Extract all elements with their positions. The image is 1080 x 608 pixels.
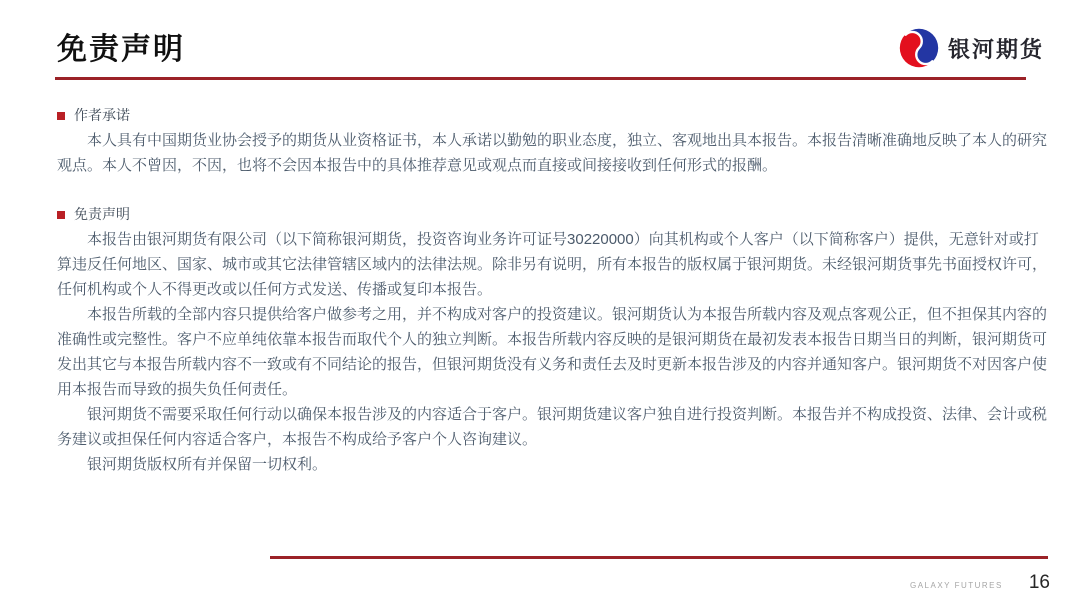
- section-author-commitment: 作者承诺 本人具有中国期货业协会授予的期货从业资格证书，本人承诺以勤勉的职业态度…: [57, 103, 1052, 178]
- page-number: 16: [1029, 572, 1050, 594]
- section-heading-label: 作者承诺: [74, 103, 130, 128]
- section-heading-label: 免责声明: [74, 202, 130, 227]
- paragraph-suitability: 银河期货不需要采取任何行动以确保本报告涉及的内容适合于客户。银河期货建议客户独自…: [57, 402, 1052, 452]
- footer-brand-text: GALAXY FUTURES: [910, 581, 1003, 590]
- disclaimer-content: 作者承诺 本人具有中国期货业协会授予的期货从业资格证书，本人承诺以勤勉的职业态度…: [57, 103, 1052, 477]
- title-divider: [55, 77, 1026, 80]
- square-bullet-icon: [57, 211, 65, 219]
- galaxy-swirl-icon: [899, 28, 939, 68]
- paragraph-author-commitment: 本人具有中国期货业协会授予的期货从业资格证书，本人承诺以勤勉的职业态度，独立、客…: [57, 128, 1052, 178]
- paragraph-copyright: 银河期货版权所有并保留一切权利。: [57, 452, 1052, 477]
- footer-divider: [270, 556, 1048, 559]
- page-title: 免责声明: [57, 24, 185, 68]
- paragraph-reference-only: 本报告所载的全部内容只提供给客户做参考之用，并不构成对客户的投资建议。银河期货认…: [57, 302, 1052, 402]
- section-heading: 作者承诺: [57, 103, 1052, 128]
- square-bullet-icon: [57, 112, 65, 120]
- paragraph-provision: 本报告由银河期货有限公司（以下简称银河期货，投资咨询业务许可证号30220000…: [57, 227, 1052, 302]
- section-disclaimer: 免责声明 本报告由银河期货有限公司（以下简称银河期货，投资咨询业务许可证号302…: [57, 202, 1052, 477]
- brand-logo-text: 银河期货: [948, 33, 1044, 64]
- footer: GALAXY FUTURES 16: [910, 572, 1050, 594]
- slide-disclaimer: 免责声明 银河期货 作者承诺 本人具有中国期货业协会授予的期货从业资格证书，本人…: [0, 0, 1080, 608]
- brand-logo: 银河期货: [899, 28, 1044, 68]
- section-heading: 免责声明: [57, 202, 1052, 227]
